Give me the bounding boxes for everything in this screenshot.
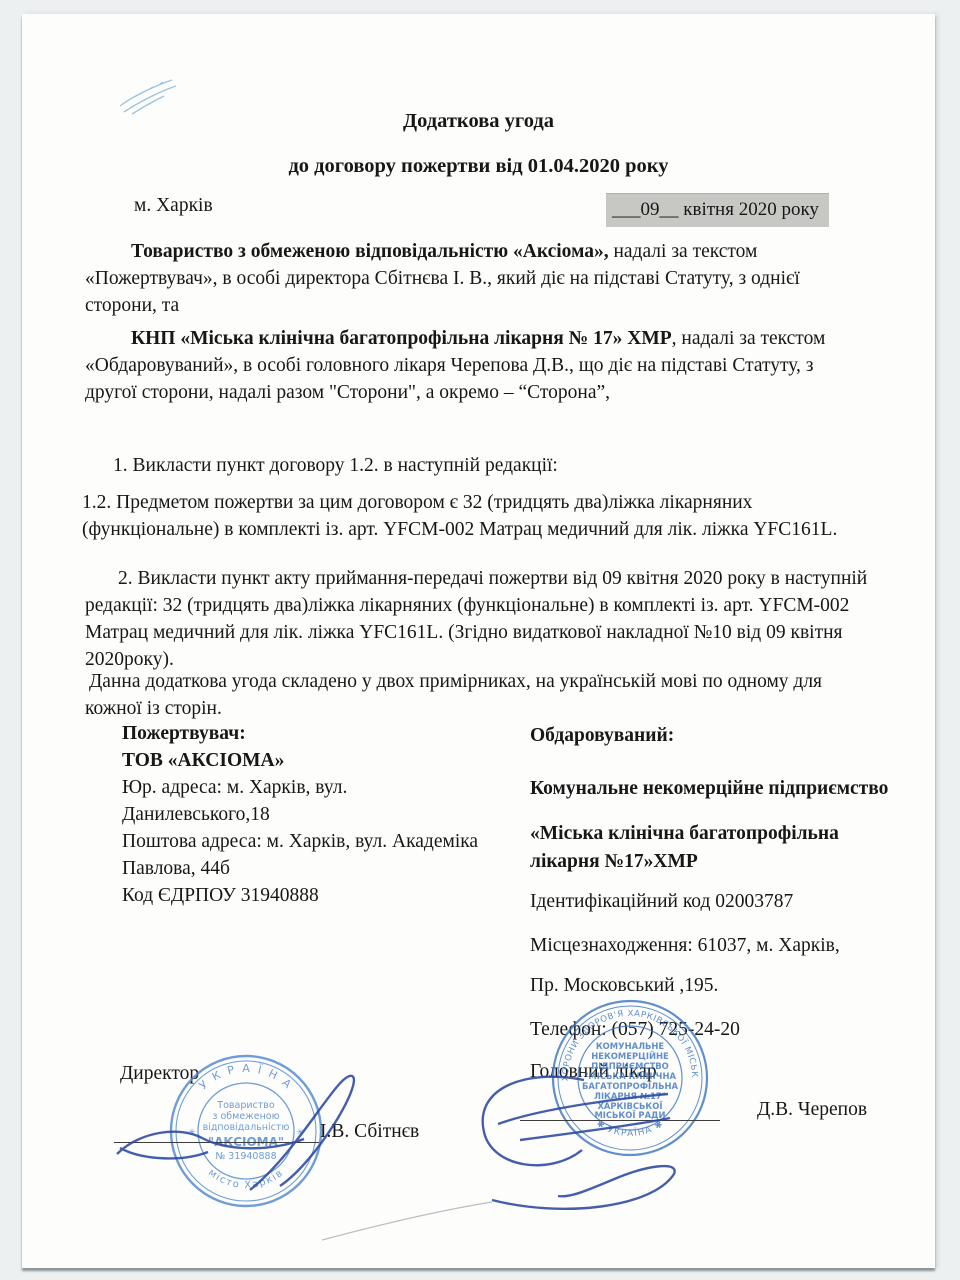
donor-signer-name: І.В. Сбітнєв <box>320 1118 419 1145</box>
axioma-stamp-line2: з обмеженою <box>212 1111 279 1122</box>
document-page: Додаткова угода до договору пожертви від… <box>22 14 935 1268</box>
donor-name: ТОВ «АКСІОМА» <box>122 747 494 774</box>
hospital-stamp-line2: НЕКОМЕРЦІЙНЕ <box>591 1050 669 1061</box>
svg-text:✳: ✳ <box>296 1128 304 1138</box>
axioma-stamp-line1: Товариство <box>216 1100 275 1111</box>
donor-heading: Пожертвувач: <box>122 720 494 747</box>
donor-details-block: Пожертвувач: ТОВ «АКСІОМА» Юр. адреса: м… <box>122 720 494 909</box>
party-donor-paragraph: Товариство з обмеженою відповідальністю … <box>85 238 857 319</box>
donee-signer-name: Д.В. Черепов <box>757 1096 867 1123</box>
donee-location: Місцезнаходження: 61037, м. Харків, <box>530 932 840 959</box>
donee-name-line2: «Міська клінічна багатопрофільна лікарня… <box>530 820 898 876</box>
clause-1: 1. Викласти пункт договору 1.2. в наступ… <box>113 452 558 479</box>
axioma-stamp-line5: № 31940888 <box>215 1151 276 1162</box>
party-donor-name: Товариство з обмеженою відповідальністю … <box>131 241 609 262</box>
document-subtitle: до договору пожертви від 01.04.2020 року <box>22 153 935 180</box>
clause-1-2: 1.2. Предметом пожертви за цим договором… <box>82 489 874 543</box>
donor-legal-address: Юр. адреса: м. Харків, вул. Данилевськог… <box>122 774 494 828</box>
scan-background: Додаткова угода до договору пожертви від… <box>0 0 960 1280</box>
donor-edrpou-code: Код ЄДРПОУ 31940888 <box>122 882 494 909</box>
clause-2: 2. Викласти пункт акту приймання-передач… <box>85 565 875 673</box>
party-donee-name: КНП «Міська клінічна багатопрофільна лік… <box>131 328 672 349</box>
donee-signature-line <box>520 1120 720 1121</box>
hospital-stamp-line6: ЛІКАРНЯ №17" <box>594 1091 666 1101</box>
svg-text:У К Р А Ї Н А: У К Р А Ї Н А <box>197 1062 296 1092</box>
svg-text:✱ УКРАЇНА ✱: ✱ УКРАЇНА ✱ <box>594 1119 666 1139</box>
place-label: м. Харків <box>134 192 213 219</box>
donee-heading: Обдаровуваний: <box>530 722 674 749</box>
document-title: Додаткова угода <box>22 108 935 135</box>
party-donee-paragraph: КНП «Міська клінічна багатопрофільна лік… <box>85 325 857 406</box>
donee-name-line1: Комунальне некомерційне підприємство <box>530 775 888 802</box>
date-highlight: ___09__ квітня 2020 року <box>606 194 829 227</box>
hospital-stamp-line1: КОМУНАЛЬНЕ <box>596 1041 665 1051</box>
axioma-stamp-line3: відповідальністю <box>203 1122 290 1133</box>
hospital-stamp-line8: МІСЬКОЇ РАДИ <box>594 1110 665 1120</box>
closing-paragraph: Данна додаткова угода складено у двох пр… <box>85 668 857 722</box>
donee-id-code: Ідентифікаційний код 02003787 <box>530 888 793 915</box>
donor-signature-line <box>114 1142 319 1143</box>
hospital-stamp-line4: "МІСЬКА КЛІНІЧНА <box>584 1071 676 1081</box>
hospital-stamp-arc-bottom: ✱ УКРАЇНА ✱ <box>594 1119 666 1139</box>
hospital-stamp-line5: БАГАТОПРОФІЛЬНА <box>582 1081 679 1091</box>
donee-street: Пр. Московський ,195. <box>530 972 718 999</box>
hospital-stamp-line3: ПІДПРИЄМСТВО <box>591 1061 669 1071</box>
donor-postal-address: Поштова адреса: м. Харків, вул. Академік… <box>122 828 494 882</box>
svg-text:✳: ✳ <box>188 1128 196 1138</box>
axioma-company-stamp: У К Р А Ї Н А місто Харків Товариство з … <box>166 1051 326 1211</box>
hospital-stamp: ОХОРОНИ ЗДОРОВ'Я ХАРКІВСЬКОЇ МІСЬКОЇ ✱ У… <box>548 996 712 1160</box>
axioma-stamp-arc-top: У К Р А Ї Н А <box>197 1062 296 1092</box>
